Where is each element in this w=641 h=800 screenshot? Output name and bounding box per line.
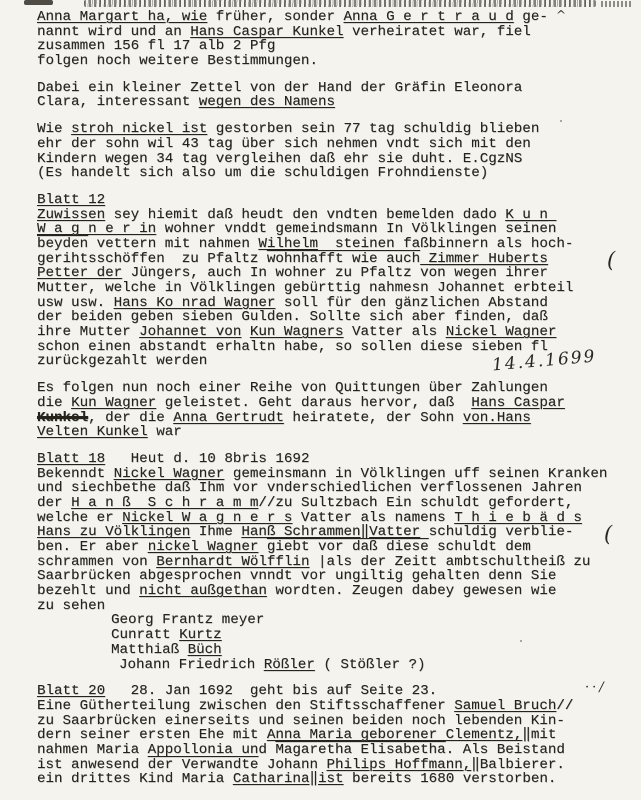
text-segment: Kurtz <box>179 627 222 643</box>
text-line: (Es handelt sich also um die schuldigen … <box>37 166 621 181</box>
scan-speck <box>98 55 100 57</box>
text-segment: Vatter <box>369 524 420 540</box>
text-segment: Hans Ko nrad Wagner <box>114 295 276 311</box>
text-segment: zu sehen <box>37 598 105 614</box>
text-line: Matthiaß Büch <box>37 643 621 658</box>
text-segment: gestorben sein 77 tag schuldig blieben <box>207 121 539 137</box>
text-segment: Dabei ein kleiner Zettel von der Hand de… <box>37 80 522 96</box>
text-segment: Kindern wegen 34 tag vergleihen daß ehr … <box>37 151 522 167</box>
text-line: ihre Mutter Johannet von Kun Wagners Vat… <box>37 325 621 340</box>
margin-slash-marks: ··/ <box>585 680 607 695</box>
scan-speck <box>520 640 522 642</box>
text-line: beyden vettern mit nahmen Wilhelm steine… <box>37 237 621 252</box>
text-line: Clara, interessant wegen des Namens <box>37 95 621 110</box>
text-segment: zurückgezahlt werden <box>37 353 207 369</box>
text-segment: Anna Margart ha, wie <box>37 9 207 25</box>
text-line: zusammen 156 fl 17 alb 2 Pfg <box>37 39 621 54</box>
document-body: Anna Margart ha, wie früher, sonder Anna… <box>37 10 621 787</box>
paragraph: Blatt 12Zuwissen sey hiemit daß heudt de… <box>37 193 621 369</box>
text-segment: geleistet. Geht daraus hervor, daß <box>156 395 471 411</box>
paragraph: Dabei ein kleiner Zettel von der Hand de… <box>37 81 621 110</box>
text-segment <box>241 324 250 340</box>
text-segment: ist anwesend <box>37 757 148 773</box>
text-segment: stroh nickel ist <box>71 121 207 137</box>
text-segment: ben. Er aber <box>37 539 148 555</box>
text-line: Anna Margart ha, wie früher, sonder Anna… <box>37 10 621 25</box>
text-segment: verheiratet war, fiel <box>344 24 531 40</box>
margin-paren-mark: ( <box>604 522 612 546</box>
text-line: der H a n ß S c h r a m m//zu Sultzbach … <box>37 496 621 511</box>
text-segment: Eine Gütherteilung zwischen den Stiftssc… <box>37 698 454 714</box>
paragraph: Wie stroh nickel ist gestorben sein 77 t… <box>37 122 621 181</box>
text-segment: Magaretha Elisabetha <box>275 742 445 758</box>
text-segment: Jüngers, auch In wohner zu Pfaltz <box>122 265 420 281</box>
text-segment: Wie <box>37 121 71 137</box>
text-segment: früher, sonder <box>207 9 343 25</box>
text-line: Petter der Jüngers, auch In wohner zu Pf… <box>37 266 621 281</box>
text-line: Kunkel, der die Anna Gertrudt heiratete,… <box>37 411 621 426</box>
text-segment: und siechbethe daß Ihm vor vnderschiedli… <box>37 480 582 496</box>
text-line: Saarbrücken abgesprochen vnndt vor ungil… <box>37 569 621 584</box>
text-segment: beyden <box>37 236 88 252</box>
text-segment: Samuel Bruch <box>454 698 556 714</box>
paragraph: Blatt 18 Heut d. 10 8bris 1692Bekenndt N… <box>37 452 621 672</box>
text-segment: Hans zu Völklingen <box>37 524 190 540</box>
text-segment: folgen noch weitere Bestimmungen. <box>37 53 318 69</box>
text-segment <box>258 539 267 555</box>
text-segment: Ihme <box>190 524 241 540</box>
text-segment: 28. Jan 1692 geht bis auf Seite 23. <box>105 683 437 699</box>
text-segment: Hanß Schrammen <box>241 524 360 540</box>
text-segment: alb 2 Pfg <box>199 38 276 54</box>
text-segment: Wilhelm <box>258 236 318 252</box>
text-line: Hans zu Völklingen Ihme Hanß Schrammen‖V… <box>37 525 621 540</box>
text-segment: ‖Balbierer. <box>471 757 565 773</box>
text-line: Georg Frantz meyer <box>37 613 621 628</box>
text-segment: Nickel Wagner <box>446 324 557 340</box>
text-line: Blatt 18 Heut d. 10 8bris 1692 <box>37 452 621 467</box>
text-segment: Bernhardt Wölfflin <box>156 554 309 570</box>
text-segment: Georg Frantz meyer <box>111 612 264 628</box>
text-line: die Kun Wagner geleistet. Geht daraus he… <box>37 396 621 411</box>
paragraph: Es folgen nun noch einer Reihe von Quitt… <box>37 381 621 440</box>
text-segment: usw usw. <box>37 295 114 311</box>
text-segment: Anna Gertrudt <box>173 410 284 426</box>
text-segment: Matthiaß <box>111 642 188 658</box>
text-segment: schuldt dem <box>429 539 531 555</box>
text-line: Cunratt Kurtz <box>37 628 621 643</box>
text-segment: bereits 1680 verstorben. <box>344 771 557 787</box>
text-segment: heiratete, der Sohn <box>284 410 463 426</box>
text-segment: giebt vor daß diese <box>267 539 429 555</box>
text-segment: nicht außgethan <box>139 583 267 599</box>
text-segment: Blatt 20 <box>37 683 105 699</box>
text-segment: H a n ß S c h r a m m <box>71 495 258 511</box>
text-line: ein drittes Kind Maria Catharina‖ist ber… <box>37 772 621 787</box>
text-segment: wohner vnddt gemeindsmann In Völklingen <box>156 221 505 237</box>
text-segment: Heut d. 10 8bris 1692 <box>105 451 309 467</box>
text-segment: nickel Wagner <box>148 539 259 555</box>
text-line: Dabei ein kleiner Zettel von der Hand de… <box>37 81 621 96</box>
text-segment: steinen faßbinnern als hoch- <box>318 236 573 252</box>
text-segment: Hans Caspar <box>471 395 565 411</box>
text-line: zu sehen <box>37 599 621 614</box>
text-segment: Cunratt <box>111 627 179 643</box>
text-segment: Johann Friedrich <box>119 657 264 673</box>
paragraph: Blatt 20 28. Jan 1692 geht bis auf Seite… <box>37 684 621 787</box>
text-line: ehr der sohn wil 43 tag über sich nehmen… <box>37 137 621 152</box>
text-segment: zusammen 156 fl 17 <box>37 38 199 54</box>
text-segment: Anna G e r t r a u d <box>344 9 514 25</box>
text-segment: Kunkel <box>37 410 88 426</box>
text-segment: ( Stößler ?) <box>315 657 426 673</box>
text-segment: Saarbrücken abgesprochen vnndt vor ungil… <box>37 568 556 584</box>
text-line: der beiden geben sieben Gulden. Sollte s… <box>37 310 621 325</box>
text-segment: vettern mit nahmen <box>88 236 258 252</box>
text-line: schrammen von Bernhardt Wölfflin |als de… <box>37 555 621 570</box>
text-segment: Kun Wagners <box>250 324 344 340</box>
text-segment: gemeinsmann in Völklingen uff seinen Kra… <box>224 466 607 482</box>
text-line: Es folgen nun noch einer Reihe von Quitt… <box>37 381 621 396</box>
text-segment: zu Saarbrücken einerseits und seinen bei… <box>37 713 565 729</box>
text-segment: W a g n e r in <box>37 221 156 237</box>
text-segment: ehr der sohn wil 43 tag über sich nehmen… <box>37 136 531 152</box>
text-segment: Vatter als <box>344 324 446 340</box>
text-segment: Es folgen nun noch einer Reihe von Quitt… <box>37 380 548 396</box>
text-segment: (Es handelt sich also um die schuldigen … <box>37 165 488 181</box>
text-line: bezehlt und nicht außgethan wordten. Zeu… <box>37 584 621 599</box>
text-segment: der <box>37 495 71 511</box>
scan-speck <box>560 120 562 122</box>
text-segment: Petter der <box>37 265 122 281</box>
text-segment: der Verwandte <box>148 757 259 773</box>
text-segment: Blatt 12 <box>37 192 105 208</box>
text-line: und siechbethe daß Ihm vor vnderschiedli… <box>37 481 621 496</box>
text-segment: Philips Hoffmann, <box>327 757 472 773</box>
text-line: Wie stroh nickel ist gestorben sein 77 t… <box>37 122 621 137</box>
text-segment: ‖ <box>309 771 318 787</box>
text-line: Blatt 20 28. Jan 1692 geht bis auf Seite… <box>37 684 621 699</box>
text-segment: // <box>556 698 573 714</box>
text-segment: Nickel Wagner <box>114 466 225 482</box>
text-segment: der beiden geben sieben Gulden. Sollte s… <box>37 309 548 325</box>
text-segment: soll für den gänzlichen Abstand <box>275 295 547 311</box>
text-line: Johann Friedrich Rößler ( Stößler ?) <box>37 658 621 673</box>
text-segment: Anna Maria geborener Clementz, <box>267 727 522 743</box>
text-segment: schon einen abstandt erhaltn habe, so so… <box>37 339 548 355</box>
text-segment: nahmen Maria Appollonia und <box>37 742 275 758</box>
document-page: Anna Margart ha, wie früher, sonder Anna… <box>0 0 641 800</box>
text-segment: ‖mit <box>522 727 556 743</box>
text-segment: T h i e b ä d s <box>454 510 582 526</box>
text-segment: . Als Beistand <box>446 742 565 758</box>
scan-artifact-blob-right <box>601 1 633 7</box>
text-segment: Clara, interessant <box>37 94 199 110</box>
text-line: nahmen Maria Appollonia und Magaretha El… <box>37 743 621 758</box>
text-segment: Kun Wagner <box>71 395 156 411</box>
text-segment: schrammen von <box>37 554 156 570</box>
text-segment: ist <box>318 771 344 787</box>
text-segment: die <box>37 395 71 411</box>
text-segment: //zu Sultzbach Ein schuldt gefordert, <box>258 495 573 511</box>
paragraph: Anna Margart ha, wie früher, sonder Anna… <box>37 10 621 69</box>
text-segment: Mutter, welche in Völklingen gebürttig n… <box>37 280 573 296</box>
text-segment: welche er <box>37 510 122 526</box>
text-segment: ein drittes Kind Maria <box>37 771 233 787</box>
text-segment: ge- <box>514 9 548 25</box>
text-segment: |als der Zeitt ambtschultheiß zu <box>309 554 590 570</box>
text-line: Velten Kunkel war <box>37 425 621 440</box>
text-segment: Blatt 18 <box>37 451 105 467</box>
scan-artifact-band <box>84 0 596 7</box>
text-line: Kindern wegen 34 tag vergleihen daß ehr … <box>37 152 621 167</box>
text-segment: Rößler <box>264 657 315 673</box>
text-segment: Catharina <box>233 771 310 787</box>
margin-paren-mark: ( <box>607 248 615 272</box>
text-segment: Nickel W a g n e r s <box>122 510 292 526</box>
text-line: ben. Er aber nickel Wagner giebt vor daß… <box>37 540 621 555</box>
text-line: dern seiner ersten Ehe mit Anna Maria ge… <box>37 728 621 743</box>
text-segment: dern seiner ersten Ehe mit <box>37 727 267 743</box>
text-segment: bezehlt und <box>37 583 139 599</box>
text-segment: war <box>148 424 182 440</box>
text-line: Blatt 12 <box>37 193 621 208</box>
text-segment: , der die <box>88 410 173 426</box>
text-segment: wegen des Namens <box>199 94 335 110</box>
text-line: W a g n e r in wohner vnddt gemeindsmann… <box>37 222 621 237</box>
text-segment: ‖ <box>361 524 370 540</box>
text-segment: schuldig verblie- <box>420 524 573 540</box>
text-line: welche er Nickel W a g n e r s Vatter al… <box>37 511 621 526</box>
text-segment: seinen <box>505 221 556 237</box>
text-line: Eine Gütherteilung zwischen den Stiftssc… <box>37 699 621 714</box>
text-line: usw usw. Hans Ko nrad Wagner soll für de… <box>37 296 621 311</box>
text-line: ist anwesend der Verwandte Johann Philip… <box>37 758 621 773</box>
text-line: folgen noch weitere Bestimmungen. <box>37 54 621 69</box>
text-line: zu Saarbrücken einerseits und seinen bei… <box>37 714 621 729</box>
text-segment: ihre Mutter <box>37 324 139 340</box>
text-segment: Bekenndt <box>37 466 114 482</box>
text-segment: Vatter als namens <box>292 510 454 526</box>
text-segment: von.Hans <box>463 410 531 426</box>
scan-artifact-blob-left <box>24 0 53 5</box>
text-segment: wordten. Zeugen dabey gewesen wie <box>267 583 556 599</box>
text-segment: von wegen ihrer <box>420 265 548 281</box>
caret-mark: ^ <box>556 8 566 22</box>
text-segment: Johannet von <box>139 324 241 340</box>
text-segment: Büch <box>188 642 222 658</box>
text-segment: Johann <box>258 757 326 773</box>
text-segment: Velten Kunkel <box>37 424 148 440</box>
text-line: Mutter, welche in Völklingen gebürttig n… <box>37 281 621 296</box>
text-line: Bekenndt Nickel Wagner gemeinsmann in Vö… <box>37 467 621 482</box>
